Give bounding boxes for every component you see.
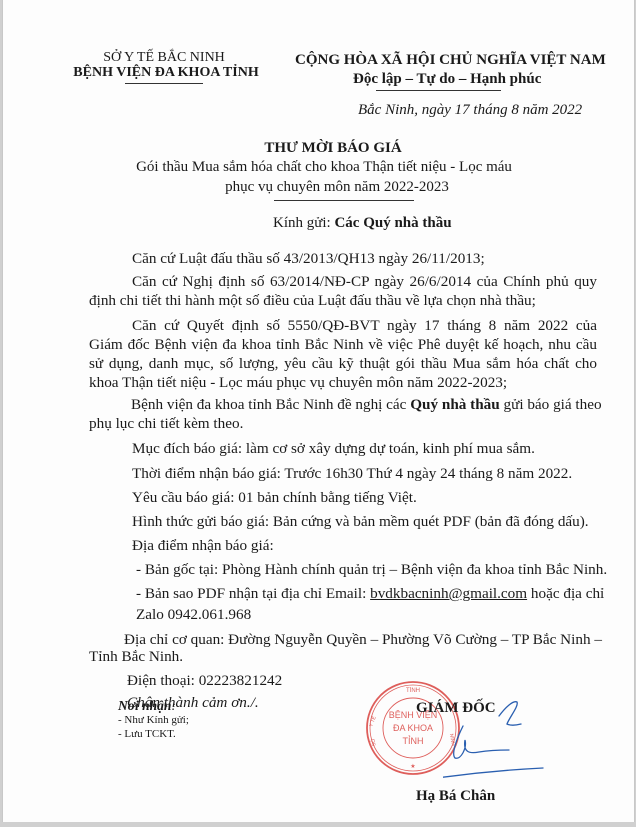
greeting-recipient: Các Quý nhà thầu (334, 215, 451, 231)
svg-text:★: ★ (410, 763, 415, 770)
hospital-name: BỆNH VIỆN ĐA KHOA TỈNH (73, 65, 258, 81)
subtitle-line-1: Gói thầu Mua sắm hóa chất cho khoa Thận … (136, 159, 512, 176)
subtitle-underline (274, 200, 414, 201)
recipients-label-text: Nơi nhận (118, 698, 171, 713)
purpose: Mục đích báo giá: làm cơ sở xây dựng dự … (132, 440, 535, 458)
deadline: Thời điểm nhận báo giá: Trước 16h30 Thứ … (132, 465, 572, 483)
recipients-colon: : (171, 698, 176, 713)
address-line-1: Địa chỉ cơ quan: Đường Nguyễn Quyền – Ph… (124, 631, 602, 649)
submission-format: Hình thức gửi báo giá: Bản cứng và bản m… (132, 513, 589, 531)
legal-basis-2-line-1: Căn cứ Nghị định số 63/2014/NĐ-CP ngày 2… (132, 273, 597, 291)
place-date: Bắc Ninh, ngày 17 tháng 8 năm 2022 (358, 102, 582, 119)
phone: Điện thoại: 02223821242 (127, 672, 282, 690)
header-left-underline (125, 83, 203, 84)
legal-basis-3-line-4: khoa Thận tiết niệu - Lọc máu phục vụ ch… (89, 374, 507, 392)
legal-basis-1: Căn cứ Luật đấu thầu số 43/2013/QH13 ngà… (132, 250, 485, 268)
legal-basis-3-line-2: Giám đốc Bệnh viện đa khoa tỉnh Bắc Ninh… (89, 336, 597, 354)
request-line-2: phụ lục chi tiết kèm theo. (89, 415, 243, 433)
svg-text:TỈNH: TỈNH (406, 687, 420, 694)
greeting-label: Kính gửi: (273, 215, 334, 231)
svg-text:SỞ: SỞ (369, 737, 377, 746)
request-line-1: Bệnh viện đa khoa tỉnh Bắc Ninh đề nghị … (131, 396, 602, 414)
recipient-item-1: - Như Kính gửi; (118, 714, 189, 726)
address-line-2: Tỉnh Bắc Ninh. (89, 648, 183, 666)
greeting: Kính gửi: Các Quý nhà thầu (273, 215, 452, 232)
subtitle-line-2: phục vụ chuyên môn năm 2022-2023 (225, 179, 449, 196)
request-text-bold: Quý nhà thầu (410, 396, 499, 413)
national-title: CỘNG HÒA XÃ HỘI CHỦ NGHĨA VIỆT NAM (295, 52, 606, 69)
location-copy: - Bản sao PDF nhận tại địa chỉ Email: bv… (136, 585, 604, 603)
zalo-contact: Zalo 0942.061.968 (136, 606, 251, 624)
document-title: THƯ MỜI BÁO GIÁ (264, 140, 401, 157)
recipients-label: Nơi nhận: (118, 698, 176, 714)
document-page: SỞ Y TẾ BẮC NINH BỆNH VIỆN ĐA KHOA TỈNH … (2, 0, 635, 822)
handwritten-signature-icon (443, 690, 593, 780)
national-motto: Độc lập – Tự do – Hạnh phúc (353, 71, 541, 88)
motto-underline (376, 90, 501, 91)
legal-basis-3-line-1: Căn cứ Quyết định số 5550/QĐ-BVT ngày 17… (132, 317, 597, 335)
signer-name: Hạ Bá Chân (416, 788, 495, 805)
email-link[interactable]: bvdkbacninh@gmail.com (370, 585, 527, 602)
legal-basis-3-line-3: sử dụng, danh mục, số lượng, yêu cầu kỹ … (89, 355, 597, 373)
location-label: Địa điểm nhận báo giá: (132, 537, 274, 555)
requirement: Yêu cầu báo giá: 01 bản chính bằng tiếng… (132, 489, 417, 507)
location-original: - Bản gốc tại: Phòng Hành chính quản trị… (136, 561, 607, 579)
svg-text:TỈNH: TỈNH (403, 735, 424, 746)
recipient-item-2: - Lưu TCKT. (118, 728, 176, 740)
request-text-c: gửi báo giá theo (500, 396, 602, 413)
location-copy-prefix: - Bản sao PDF nhận tại địa chỉ Email: (136, 585, 370, 602)
svg-text:ĐA KHOA: ĐA KHOA (393, 723, 433, 733)
legal-basis-2-line-2: định chi tiết thi hành một số điều của L… (89, 292, 536, 310)
ministry-name: SỞ Y TẾ BẮC NINH (103, 50, 225, 66)
request-text-a: Bệnh viện đa khoa tỉnh Bắc Ninh đề nghị … (131, 396, 410, 413)
location-copy-suffix: hoặc địa chỉ (527, 585, 604, 602)
